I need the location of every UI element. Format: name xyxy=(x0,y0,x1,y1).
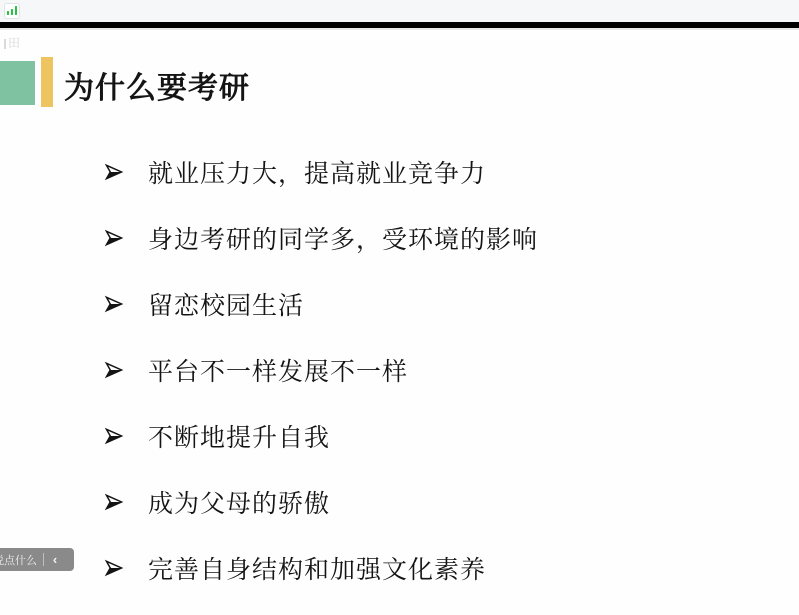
arrow-right-bullet-icon xyxy=(103,294,125,314)
bar-chart-bar xyxy=(15,6,18,15)
arrow-right-bullet-icon xyxy=(103,492,125,512)
watermark-cut-glyph xyxy=(0,39,6,49)
bullet-text: 平台不一样发展不一样 xyxy=(148,352,408,388)
title-accent-yellow-bar xyxy=(41,57,53,107)
bullet-text: 不断地提升自我 xyxy=(148,418,330,454)
list-item: 身边考研的同学多，受环境的影响 xyxy=(103,205,723,271)
bullet-text: 完善自身结构和加强文化素养 xyxy=(148,550,486,586)
list-item: 完善自身结构和加强文化素养 xyxy=(103,535,723,601)
list-item: 留恋校园生活 xyxy=(103,271,723,337)
bullet-text: 留恋校园生活 xyxy=(148,286,304,322)
arrow-right-bullet-icon xyxy=(103,558,125,578)
pill-divider xyxy=(43,553,44,566)
bar-chart-bar xyxy=(7,11,10,15)
chevron-left-icon[interactable]: ‹ xyxy=(46,548,64,571)
list-item: 成为父母的骄傲 xyxy=(103,469,723,535)
watermark-fragment: 田 xyxy=(0,34,21,51)
bullet-text: 成为父母的骄傲 xyxy=(148,484,330,520)
slide-canvas: 田 为什么要考研 就业压力大，提高就业竞争力 身边考研的同学多，受环境的影响 留… xyxy=(0,32,799,615)
bar-chart-bar xyxy=(11,9,14,16)
bar-chart-icon[interactable] xyxy=(4,3,20,19)
bullet-text: 就业压力大，提高就业竞争力 xyxy=(148,154,486,190)
arrow-right-bullet-icon xyxy=(103,426,125,446)
chat-input-placeholder[interactable]: 说点什么... xyxy=(0,552,38,568)
watermark-text: 田 xyxy=(8,36,21,50)
arrow-right-bullet-icon xyxy=(103,228,125,248)
bullet-text: 身边考研的同学多，受环境的影响 xyxy=(148,220,538,256)
bullet-list: 就业压力大，提高就业竞争力 身边考研的同学多，受环境的影响 留恋校园生活 平台不… xyxy=(103,139,723,601)
list-item: 平台不一样发展不一样 xyxy=(103,337,723,403)
list-item: 就业压力大，提高就业竞争力 xyxy=(103,139,723,205)
title-accent-green-block xyxy=(0,61,35,105)
arrow-right-bullet-icon xyxy=(103,162,125,182)
list-item: 不断地提升自我 xyxy=(103,403,723,469)
top-black-divider xyxy=(0,22,799,30)
chat-input-pill[interactable]: 说点什么... ‹ xyxy=(0,548,74,571)
app-topbar xyxy=(0,0,799,22)
slide-title: 为什么要考研 xyxy=(64,63,250,107)
arrow-right-bullet-icon xyxy=(103,360,125,380)
